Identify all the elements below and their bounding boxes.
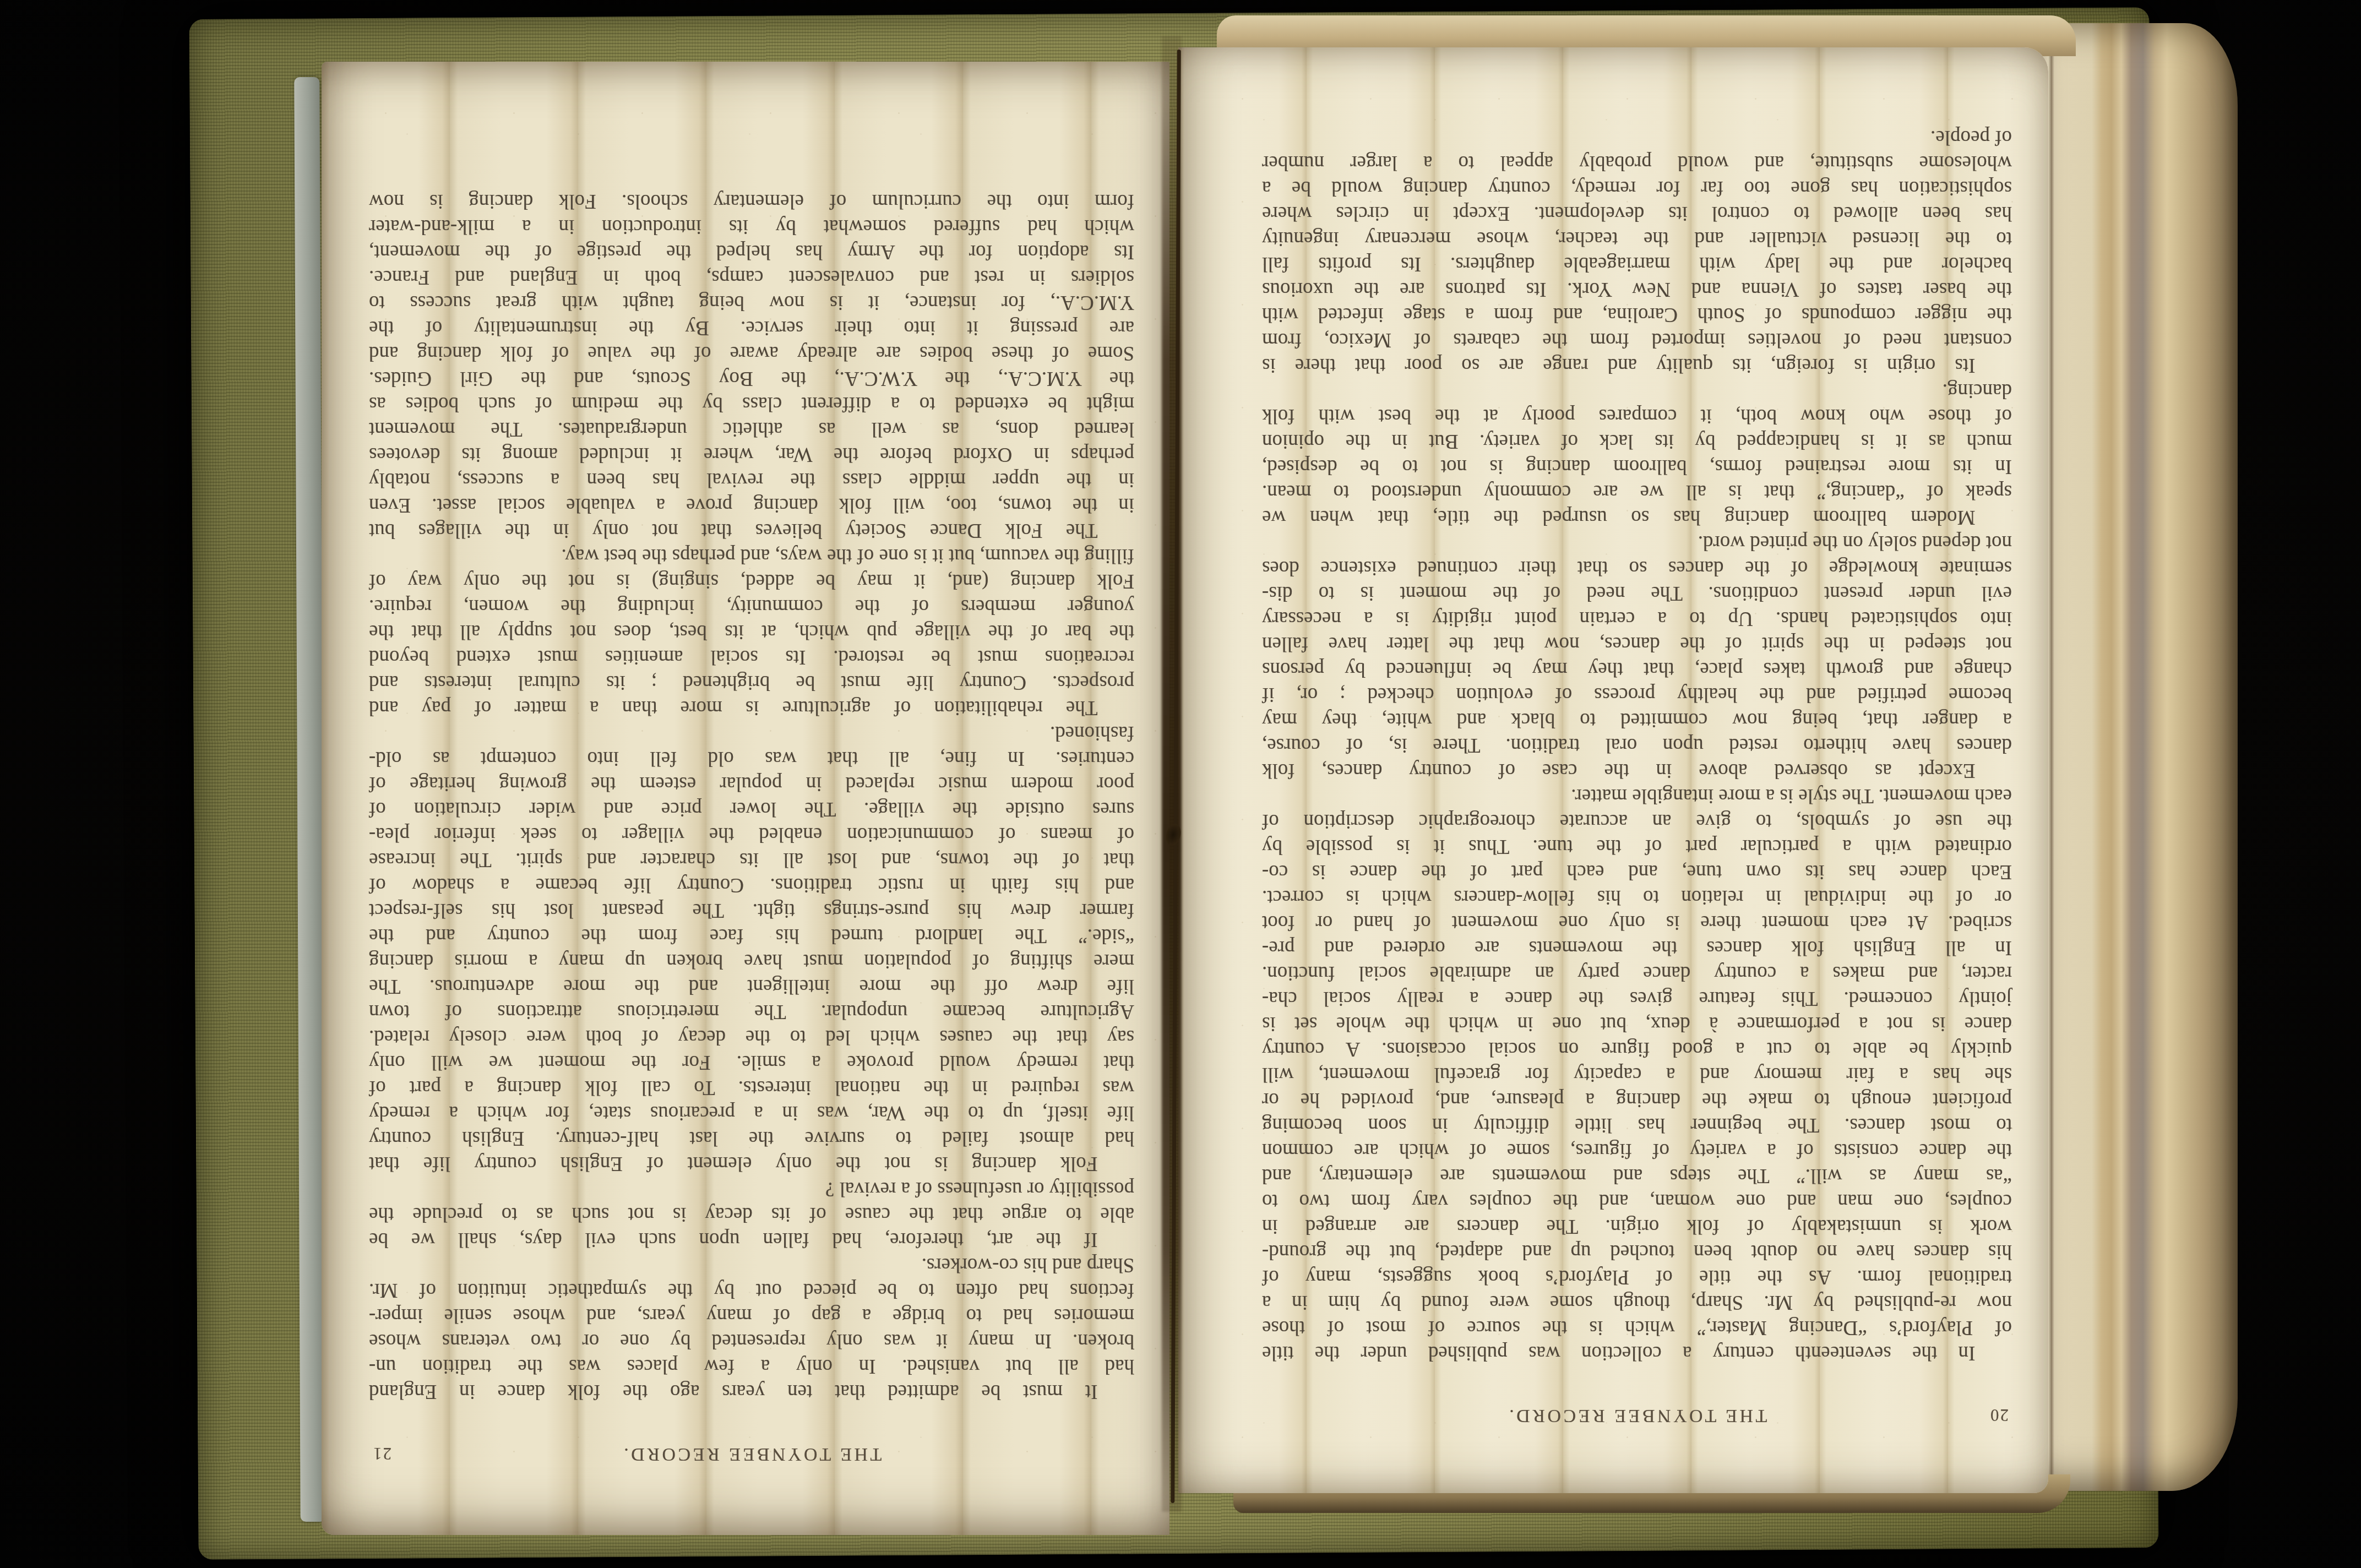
text-line: of those who know both, it compares poor… [1262, 403, 2012, 428]
text-line: the dance consists of a variety of figur… [1262, 1137, 2012, 1163]
text-line: seminate knowledge of the dances so that… [1262, 555, 2012, 580]
text-line: Folk dancing (and, it may be added, sing… [369, 568, 1134, 594]
running-head: THE TOYNBEE RECORD. 21 [369, 1439, 1134, 1464]
text-line: had all but vanished. In only a few plac… [369, 1353, 1134, 1379]
text-line: which had suffered somewhat by its intro… [369, 214, 1134, 239]
text-line: Some of these bodies are already aware o… [369, 340, 1134, 366]
text-line: Folk dancing is not the only element of … [369, 1151, 1134, 1176]
text-line: has been allowed to control its developm… [1262, 200, 2012, 226]
text-line: evil under present conditions. The need … [1262, 580, 2012, 606]
text-line: scribed. At each moment there is only on… [1262, 910, 2012, 935]
text-line: In its more restrained forms, ballroom d… [1262, 454, 2012, 479]
page-number: 21 [372, 1444, 391, 1463]
text-line: younger members of the community, includ… [369, 594, 1134, 619]
text-line: are pressing it into their service. By t… [369, 315, 1134, 340]
body-text: In the seventeenth century a collection … [1262, 124, 2012, 1365]
text-line: speak of “dancing,” that is all we are c… [1262, 479, 2012, 504]
text-line: in the upper middle class the revival ha… [369, 467, 1134, 492]
text-line: of Playford’s “Dancing Master,” which is… [1262, 1315, 2012, 1340]
text-line: perhaps in Oxford before the War, where … [369, 442, 1134, 467]
running-title: THE TOYNBEE RECORD. [369, 1444, 1134, 1464]
text-line: In all English folk dances the movements… [1262, 935, 2012, 960]
text-line: If the art, therefore, had fallen upon s… [369, 1227, 1134, 1252]
text-line: poor modern music replaced in popular es… [369, 771, 1134, 796]
text-line: his dances have no doubt been touched up… [1262, 1239, 2012, 1264]
text-line: work is unmistakably of folk origin. The… [1262, 1213, 2012, 1239]
text-line: each movement. The style is a more intan… [1262, 783, 2012, 808]
page-21: THE TOYNBEE RECORD. 21 It must be admitt… [322, 62, 1169, 1535]
text-line: she has a fair memory and a capacity for… [1262, 1061, 2012, 1087]
text-line: dancing. [1262, 378, 2012, 403]
text-line: The Folk Dance Society believes that not… [369, 518, 1134, 543]
text-line: had almost failed to survive the last ha… [369, 1125, 1134, 1151]
text-line: It must be admitted that ten years ago t… [369, 1379, 1134, 1404]
text-line: form into the curriculum of elementary s… [369, 188, 1134, 214]
paragraph: In the seventeenth century a collection … [1262, 783, 2012, 1365]
paragraph: It must be admitted that ten years ago t… [369, 1252, 1134, 1404]
text-line: much as it is handicapped by its lack of… [1262, 428, 2012, 454]
text-line: Except as observed above in the case of … [1262, 758, 2012, 783]
page-21-content: THE TOYNBEE RECORD. 21 It must be admitt… [322, 62, 1169, 1535]
text-line: dance is not a performance à deux, but o… [1262, 1011, 2012, 1036]
text-line: was required in the national interests. … [369, 1075, 1134, 1100]
text-line: might be extended to a different class b… [369, 391, 1134, 416]
text-line: not depend solely on the printed word. [1262, 530, 2012, 555]
text-line: to the licensed victualler and the teach… [1262, 226, 2012, 251]
text-line: or of the individual in relation to his … [1262, 884, 2012, 910]
text-line: Its origin is foreign, its quality and r… [1262, 352, 2012, 378]
text-line: the Y.M.C.A., the Y.W.C.A., the Boy Scou… [369, 366, 1134, 391]
text-line: in the towns, too, will folk dancing pro… [369, 492, 1134, 518]
text-line: life drew off the more intelligent and t… [369, 973, 1134, 999]
text-line: and his faith in rustic traditions. Coun… [369, 872, 1134, 897]
text-line: possibility or usefulness of a revival ? [369, 1176, 1134, 1201]
text-line: “side.” The landlord turned his face fro… [369, 923, 1134, 948]
book-photograph: THE TOYNBEE RECORD. 21 It must be admitt… [0, 0, 2361, 1568]
page-number: 20 [1989, 1405, 2009, 1425]
text-line: change and growth takes place, that they… [1262, 656, 2012, 682]
paragraph: The Folk Dance Society believes that not… [369, 188, 1134, 543]
text-line: jointly concerned. This feature gives th… [1262, 986, 2012, 1011]
text-line: to most dances. The beginner has little … [1262, 1112, 2012, 1137]
text-line: able to argue that the cause of its deca… [369, 1201, 1134, 1227]
text-line: bachelor and the lady with marriageable … [1262, 251, 2012, 276]
paragraph: Folk dancing is not the only element of … [369, 720, 1134, 1176]
text-line: sophistication has gone too far for reme… [1262, 175, 2012, 200]
text-line: Each dance has its own tune, and each pa… [1262, 859, 2012, 884]
text-line: life itself, up to the War, was in a pre… [369, 1100, 1134, 1125]
text-line: say that the causes which led to the dec… [369, 1024, 1134, 1049]
text-line: Modern ballroom dancing has so usurped t… [1262, 504, 2012, 530]
text-line: traditional form. As the title of Playfo… [1262, 1264, 2012, 1289]
text-line: the baser tastes of Vienna and New York.… [1262, 276, 2012, 302]
text-line: prospects. Country life must be brighten… [369, 669, 1134, 695]
text-line: fashioned. [369, 720, 1134, 745]
paragraph: The rehabilitation of agriculture is mor… [369, 543, 1134, 720]
text-line: In the seventeenth century a collection … [1262, 1340, 2012, 1365]
text-line: couples, one man and one woman, and the … [1262, 1188, 2012, 1213]
text-line: proficient enough to make the dancing a … [1262, 1087, 2012, 1112]
text-line: recreations must be restored. Its social… [369, 644, 1134, 669]
paragraph: If the art, therefore, had fallen upon s… [369, 1176, 1134, 1252]
text-line: Y.M.C.A., for instance, it is now being … [369, 290, 1134, 315]
text-line: soldiers in rest and convalescent camps,… [369, 264, 1134, 290]
page-20-content: THE TOYNBEE RECORD. 20 In the seventeent… [1178, 47, 2048, 1493]
text-line: quickly be able to cut a good figure on … [1262, 1036, 2012, 1061]
text-line: constant need of novelties imported from… [1262, 327, 2012, 352]
text-line: filling the vacuum, but it is one of the… [369, 543, 1134, 568]
text-line: wholesome substitute, and would probably… [1262, 150, 2012, 175]
text-line: learned dons, as well as athletic underg… [369, 416, 1134, 442]
text-line: Sharp and his co-workers. [369, 1252, 1134, 1277]
text-line: dances have hitherto rested upon oral tr… [1262, 732, 2012, 758]
paragraph: Except as observed above in the case of … [1262, 530, 2012, 783]
fore-edge-page-stack [2041, 23, 2238, 1491]
running-head: THE TOYNBEE RECORD. 20 [1262, 1401, 2012, 1426]
text-line: into sophisticated hands. Up to a certai… [1262, 606, 2012, 631]
text-line: broken. In many it was only represented … [369, 1328, 1134, 1353]
text-line: that of the towns, and lost all its char… [369, 847, 1134, 872]
text-line: the nigger compounds of South Carolina, … [1262, 302, 2012, 327]
text-line: ordinated with a particular part of the … [1262, 834, 2012, 859]
text-line: of means of communication enabled the vi… [369, 821, 1134, 847]
text-line: of people. [1262, 124, 2012, 150]
running-title: THE TOYNBEE RECORD. [1262, 1405, 2012, 1426]
text-line: a danger that, being now committed to bl… [1262, 707, 2012, 732]
text-line: “as many as will.” The steps and movemen… [1262, 1163, 2012, 1188]
text-line: centuries. In fine, all that was old fel… [369, 745, 1134, 771]
text-line: not steeped in the spirit of the dances,… [1262, 631, 2012, 656]
text-line: The rehabilitation of agriculture is mor… [369, 695, 1134, 720]
text-line: Its adoption for the Army has helped the… [369, 239, 1134, 264]
text-line: memories had to bridge a gap of many yea… [369, 1303, 1134, 1328]
paragraph: Its origin is foreign, its quality and r… [1262, 124, 2012, 378]
text-line: become petrified and the healthy process… [1262, 682, 2012, 707]
text-line: fections had often to be pieced out by t… [369, 1277, 1134, 1303]
text-line: Agriculture became unpopular. The meretr… [369, 999, 1134, 1024]
text-line: sures outside the village. The lower pri… [369, 796, 1134, 821]
text-line: the bar of the village pub which, at its… [369, 619, 1134, 644]
text-line: the use of symbols, to give an accurate … [1262, 808, 2012, 834]
page-20: THE TOYNBEE RECORD. 20 In the seventeent… [1178, 47, 2048, 1493]
body-text: It must be admitted that ten years ago t… [369, 188, 1134, 1404]
text-line: that remedy would provoke a smile. For t… [369, 1049, 1134, 1075]
text-line: racter, and makes a country dance party … [1262, 960, 2012, 986]
text-line: mere shifting of population must have br… [369, 948, 1134, 973]
text-line: now re-published by Mr. Sharp, though so… [1262, 1289, 2012, 1315]
paragraph: Modern ballroom dancing has so usurped t… [1262, 378, 2012, 530]
text-line: farmer drew his purse-strings tight. The… [369, 897, 1134, 923]
